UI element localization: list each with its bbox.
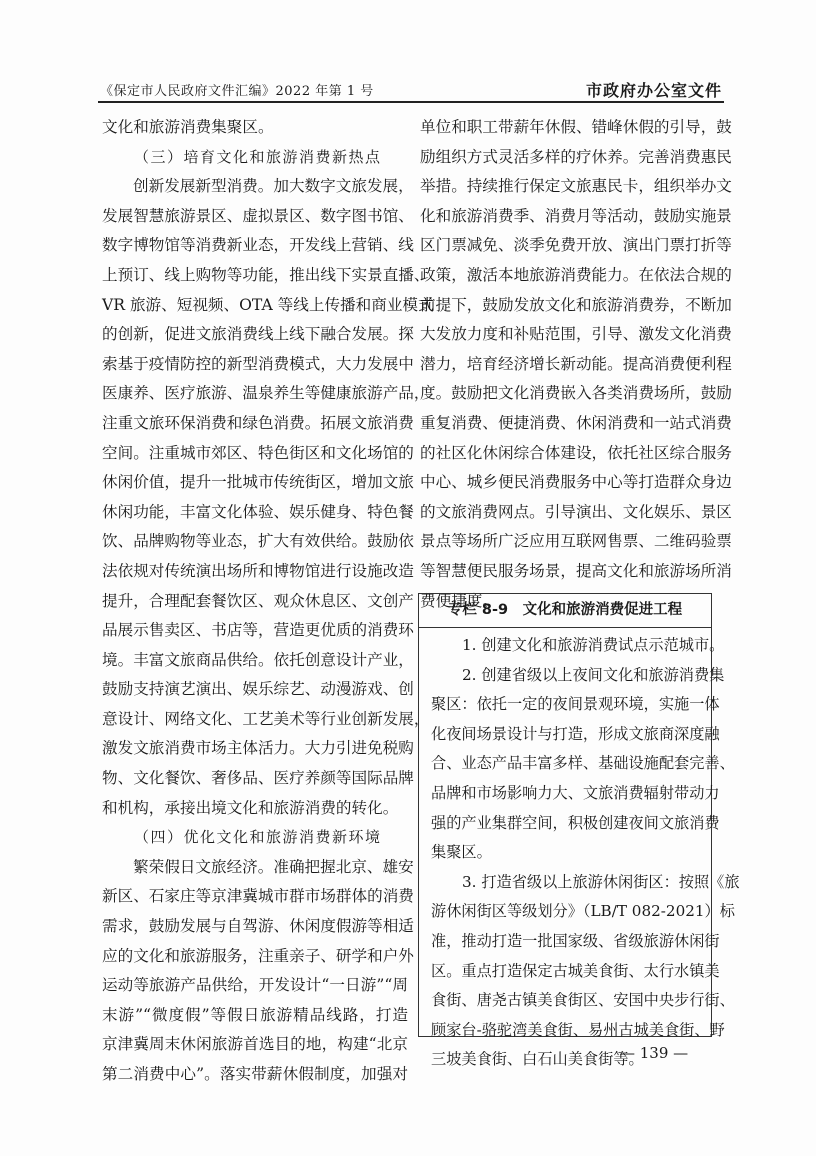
feature-box-body: 1. 创建文化和旅游消费试点示范城市。2. 创建省级以上夜间文化和旅游消费集聚区… (419, 628, 711, 1075)
text-line: 休闲价值，提升一批城市传统街区，增加文旅 (102, 468, 408, 498)
text-line: 重复消费、便捷消费、休闲消费和一站式消费 (420, 409, 722, 439)
text-line: 度。鼓励把文化消费嵌入各类消费场所，鼓励 (420, 379, 722, 409)
text-line: 法依规对传统演出场所和博物馆进行设施改造 (102, 557, 408, 587)
text-line: 物、文化餐饮、奢侈品、医疗养颜等国际品牌 (102, 764, 408, 794)
text-line: 空间。注重城市郊区、特色街区和文化场馆的 (102, 439, 408, 469)
text-line: 强的产业集群空间，积极创建夜间文旅消费 (431, 809, 701, 839)
header-divider (98, 101, 724, 103)
text-line: 的创新，促进文旅消费线上线下融合发展。探 (102, 320, 408, 350)
text-line: 前提下，鼓励发放文化和旅游消费券，不断加 (420, 291, 722, 321)
text-line: 准，推动打造一批国家级、省级旅游休闲街 (431, 927, 701, 957)
text-line: 3. 打造省级以上旅游休闲街区：按照《旅 (431, 868, 701, 898)
text-line: 饮、品牌购物等业态，扩大有效供给。鼓励依 (102, 527, 408, 557)
text-line: 励组织方式灵活多样的疗休养。完善消费惠民 (420, 143, 722, 173)
section-heading: （三）培育文化和旅游消费新热点 (102, 143, 408, 173)
text-line: 聚区：依托一定的夜间景观环境，实施一体 (431, 690, 701, 720)
text-line: 潜力，培育经济增长新动能。提高消费便利程 (420, 350, 722, 380)
text-line: VR 旅游、短视频、OTA 等线上传播和商业模式 (102, 291, 408, 321)
text-line: 集聚区。 (431, 838, 701, 868)
section-heading: （四）优化文化和旅游消费新环境 (102, 823, 408, 853)
text-line: 繁荣假日文旅经济。准确把握北京、雄安 (102, 853, 408, 883)
text-line: 第二消费中心”。落实带薪休假制度，加强对 (102, 1060, 408, 1090)
text-line: 顾家台-骆驼湾美食街、易州古城美食街、野 (431, 1016, 701, 1046)
section-title: 市政府办公室文件 (586, 78, 722, 101)
text-line: 等智慧便民服务场景，提高文化和旅游场所消 (420, 557, 722, 587)
text-line: 末游”“微度假”等假日旅游精品线路，打造 (102, 1001, 408, 1031)
text-line: 提升，合理配套餐饮区、观众休息区、文创产 (102, 587, 408, 617)
text-line: 单位和职工带薪年休假、错峰休假的引导，鼓 (420, 113, 722, 143)
text-line: 的文旅消费网点。引导演出、文化娱乐、景区 (420, 498, 722, 528)
text-line: 游休闲街区等级划分》（LB/T 082-2021）标 (431, 897, 701, 927)
text-line: 合、业态产品丰富多样、基础设施配套完善、 (431, 749, 701, 779)
right-column: 单位和职工带薪年休假、错峰休假的引导，鼓励组织方式灵活多样的疗休养。完善消费惠民… (420, 113, 722, 616)
text-line: 政策，激活本地旅游消费能力。在依法合规的 (420, 261, 722, 291)
text-line: 创新发展新型消费。加大数字文旅发展， (102, 172, 408, 202)
text-line: 品展示售卖区、书店等，营造更优质的消费环 (102, 616, 408, 646)
text-line: 中心、城乡便民消费服务中心等打造群众身边 (420, 468, 722, 498)
left-column: 文化和旅游消费集聚区。（三）培育文化和旅游消费新热点创新发展新型消费。加大数字文… (102, 113, 408, 1090)
text-line: 休闲功能，丰富文化体验、娱乐健身、特色餐 (102, 498, 408, 528)
text-line: 鼓励支持演艺演出、娱乐综艺、动漫游戏、创 (102, 675, 408, 705)
text-line: 需求，鼓励发展与自驾游、休闲度假游等相适 (102, 912, 408, 942)
publication-title: 《保定市人民政府文件汇编》2022 年第 1 号 (100, 80, 374, 99)
text-line: 医康养、医疗旅游、温泉养生等健康旅游产品， (102, 379, 408, 409)
text-line: 区门票减免、淡季免费开放、演出门票打折等 (420, 231, 722, 261)
text-line: 数字博物馆等消费新业态，开发线上营销、线 (102, 231, 408, 261)
text-line: 和机构，承接出境文化和旅游消费的转化。 (102, 794, 408, 824)
text-line: 1. 创建文化和旅游消费试点示范城市。 (431, 631, 701, 661)
feature-box: 专栏 8-9 文化和旅游消费促进工程 1. 创建文化和旅游消费试点示范城市。2.… (418, 593, 712, 1037)
page-number: — 139 — (620, 1044, 688, 1062)
text-line: 文化和旅游消费集聚区。 (102, 113, 408, 143)
text-line: 品牌和市场影响力大、文旅消费辐射带动力 (431, 779, 701, 809)
text-line: 激发文旅消费市场主体活力。大力引进免税购 (102, 734, 408, 764)
feature-box-title: 专栏 8-9 文化和旅游消费促进工程 (419, 594, 711, 628)
text-line: 应的文化和旅游服务，注重亲子、研学和户外 (102, 942, 408, 972)
text-line: 索基于疫情防控的新型消费模式，大力发展中 (102, 350, 408, 380)
text-line: 食街、唐尧古镇美食街区、安国中央步行街、 (431, 986, 701, 1016)
text-line: 运动等旅游产品供给，开发设计“一日游”“周 (102, 971, 408, 1001)
text-line: 的社区化休闲综合体建设，依托社区综合服务 (420, 439, 722, 469)
text-line: 区。重点打造保定古城美食街、太行水镇美 (431, 957, 701, 987)
text-line: 境。丰富文旅商品供给。依托创意设计产业， (102, 646, 408, 676)
text-line: 举措。持续推行保定文旅惠民卡，组织举办文 (420, 172, 722, 202)
text-line: 化夜间场景设计与打造，形成文旅商深度融 (431, 720, 701, 750)
text-line: 上预订、线上购物等功能，推出线下实景直播、 (102, 261, 408, 291)
text-line: 新区、石家庄等京津冀城市群市场群体的消费 (102, 882, 408, 912)
text-line: 注重文旅环保消费和绿色消费。拓展文旅消费 (102, 409, 408, 439)
text-line: 大发放力度和补贴范围，引导、激发文化消费 (420, 320, 722, 350)
text-line: 化和旅游消费季、消费月等活动，鼓励实施景 (420, 202, 722, 232)
text-line: 京津冀周末休闲旅游首选目的地，构建“北京 (102, 1030, 408, 1060)
text-line: 2. 创建省级以上夜间文化和旅游消费集 (431, 661, 701, 691)
text-line: 发展智慧旅游景区、虚拟景区、数字图书馆、 (102, 202, 408, 232)
text-line: 意设计、网络文化、工艺美术等行业创新发展， (102, 705, 408, 735)
text-line: 景点等场所广泛应用互联网售票、二维码验票 (420, 527, 722, 557)
